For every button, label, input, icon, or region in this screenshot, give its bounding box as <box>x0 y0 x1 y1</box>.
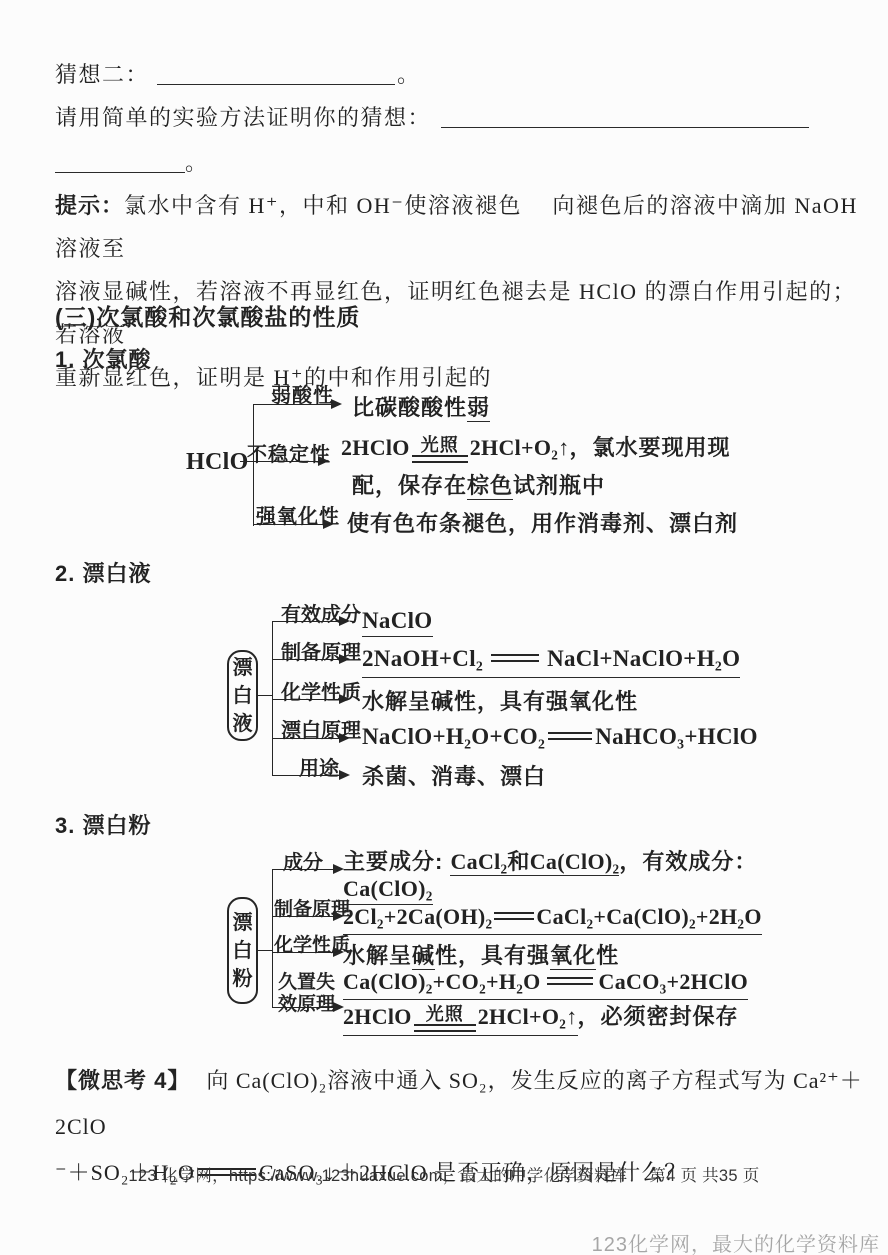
microthink-badge: 【微思考 4】 <box>55 1068 190 1093</box>
answer-blank-3 <box>55 151 185 173</box>
d2-root-box: 漂白液 <box>227 650 258 741</box>
d1-root-label: HClO <box>186 449 249 476</box>
d3-branch2-label: 制备原理 <box>274 894 350 921</box>
d3-branch1-label: 成分 <box>283 846 323 875</box>
guess-period: 。 <box>397 62 421 87</box>
d3-trunk-line <box>272 869 273 1008</box>
d3-branch1-underlined-1: CaCl₂和Ca(ClO)₂ <box>450 849 619 876</box>
d2-branch1-label: 有效成分 <box>281 598 361 627</box>
subsection-3-title: 3. 漂白粉 <box>55 809 151 840</box>
d3-branch3-underlined-1: 碱 <box>412 943 435 970</box>
d3-root-label: 漂白粉 <box>231 909 255 993</box>
d2-branch2-equation: 2NaOH+Cl₂NaCl+NaClO+H₂O <box>362 645 740 678</box>
d1-branch2-underlined: 棕色 <box>467 473 513 500</box>
d2-equals-line-2 <box>548 732 592 740</box>
d3-light-condition-equals: 光照 <box>414 1005 476 1032</box>
d2-equals-line <box>491 654 539 662</box>
document-page: 猜想二：。 请用简单的实验方法证明你的猜想： 。 提示：氯水中含有 H⁺，中和 … <box>0 0 888 1255</box>
d1-branch3-text: 使有色布条褪色，用作消毒剂、漂白剂 <box>347 507 738 538</box>
d2-branch3-label: 化学性质 <box>281 676 361 705</box>
guess-label: 猜想二： <box>55 62 149 87</box>
d3-branch1-text-1: 主要成分: CaCl₂和Ca(ClO)₂，有效成分： <box>343 845 757 876</box>
d1-branch1-underlined: 弱 <box>467 395 490 422</box>
d2-branch3-text: 水解呈碱性，具有强氧化性 <box>362 685 638 716</box>
answer-blank-1 <box>157 63 395 85</box>
hint-paragraph: 提示：氯水中含有 H⁺，中和 OH⁻使溶液褪色 向褪色后的溶液中滴加 NaOH … <box>55 184 863 399</box>
guess-prompt: 请用简单的实验方法证明你的猜想： <box>55 105 431 130</box>
subsection-2-title: 2. 漂白液 <box>55 557 151 588</box>
d2-trunk-line <box>272 621 273 775</box>
hint-line-1: 提示：氯水中含有 H⁺，中和 OH⁻使溶液褪色 向褪色后的溶液中滴加 NaOH … <box>55 184 863 270</box>
d2-branch1-text: NaClO <box>362 608 433 634</box>
d2-branch2-label: 制备原理 <box>281 636 361 665</box>
d2-branch5-text: 杀菌、消毒、漂白 <box>362 760 546 791</box>
d3-branch1-text-2: Ca(ClO)₂ <box>343 876 433 902</box>
d1-branch2-label: 不稳定性 <box>247 438 331 467</box>
d3-branch3-underlined-2: 氧化 <box>550 943 596 970</box>
d3-equals-line-2 <box>547 977 593 985</box>
d3-branch4-equation-1: Ca(ClO)₂+CO₂+H₂OCaCO₃+2HClO <box>343 968 748 1000</box>
answer-blank-2 <box>441 106 809 128</box>
d2-branch4-label: 漂白原理 <box>281 714 361 743</box>
d1-branch1-label: 弱酸性 <box>271 379 334 408</box>
watermark: 123化学网，最大的化学资料库 <box>592 1228 880 1255</box>
section-heading: (三)次氯酸和次氯酸盐的性质 <box>55 299 360 332</box>
guess-line-3: 。 <box>55 146 209 177</box>
microthink-line-1: 【微思考 4】向 Ca(ClO)₂溶液中通入 SO₂，发生反应的离子方程式写为 … <box>55 1058 867 1150</box>
d2-branch4-equation: NaClO+H₂O+CO₂NaHCO₃+HClO <box>362 724 758 750</box>
guess-period-2: 。 <box>185 150 209 175</box>
d1-light-condition-equals: 光照 <box>412 436 468 463</box>
d1-branch3-label: 强氧化性 <box>256 500 340 529</box>
hint-label: 提示： <box>55 193 124 218</box>
page-footer: 123 化学网，https://www.123huaxue.com，最大的中学化… <box>0 1162 888 1186</box>
d3-root-box: 漂白粉 <box>227 897 258 1004</box>
d3-branch4-equation-2: 2HClO光照2HCl+O₂↑，必须密封保存 <box>343 1000 739 1036</box>
d1-branch1-text: 比碳酸酸性弱 <box>352 391 490 422</box>
d3-branch3-label: 化学性质 <box>274 930 350 957</box>
d1-double-bond-line <box>412 455 468 463</box>
guess-line-1: 猜想二：。 <box>55 58 421 89</box>
d2-branch5-arrow-icon <box>339 770 350 780</box>
d3-branch2-equation: 2Cl₂+2Ca(OH)₂CaCl₂+Ca(ClO)₂+2H₂O <box>343 903 762 935</box>
guess-line-2: 请用简单的实验方法证明你的猜想： <box>55 101 809 132</box>
subsection-1-title: 1. 次氯酸 <box>55 343 151 374</box>
d2-root-label: 漂白液 <box>231 654 255 738</box>
d3-branch4-label-2: 效原理 <box>278 989 335 1016</box>
d1-branch2-equation: 2HClO光照2HCl+O₂↑，氯水要现用现 <box>341 431 731 463</box>
d3-root-connector-line <box>258 950 272 951</box>
d1-branch2-text-2: 配，保存在棕色试剂瓶中 <box>352 469 605 500</box>
d2-branch5-label: 用途 <box>299 752 339 781</box>
d3-equals-line <box>494 912 534 920</box>
d3-branch3-text: 水解呈碱性，具有强氧化性 <box>343 939 619 970</box>
d2-root-connector-line <box>258 695 272 696</box>
d3-branch1-underlined-2: Ca(ClO)₂ <box>343 876 433 905</box>
d3-double-bond-line <box>414 1024 476 1032</box>
